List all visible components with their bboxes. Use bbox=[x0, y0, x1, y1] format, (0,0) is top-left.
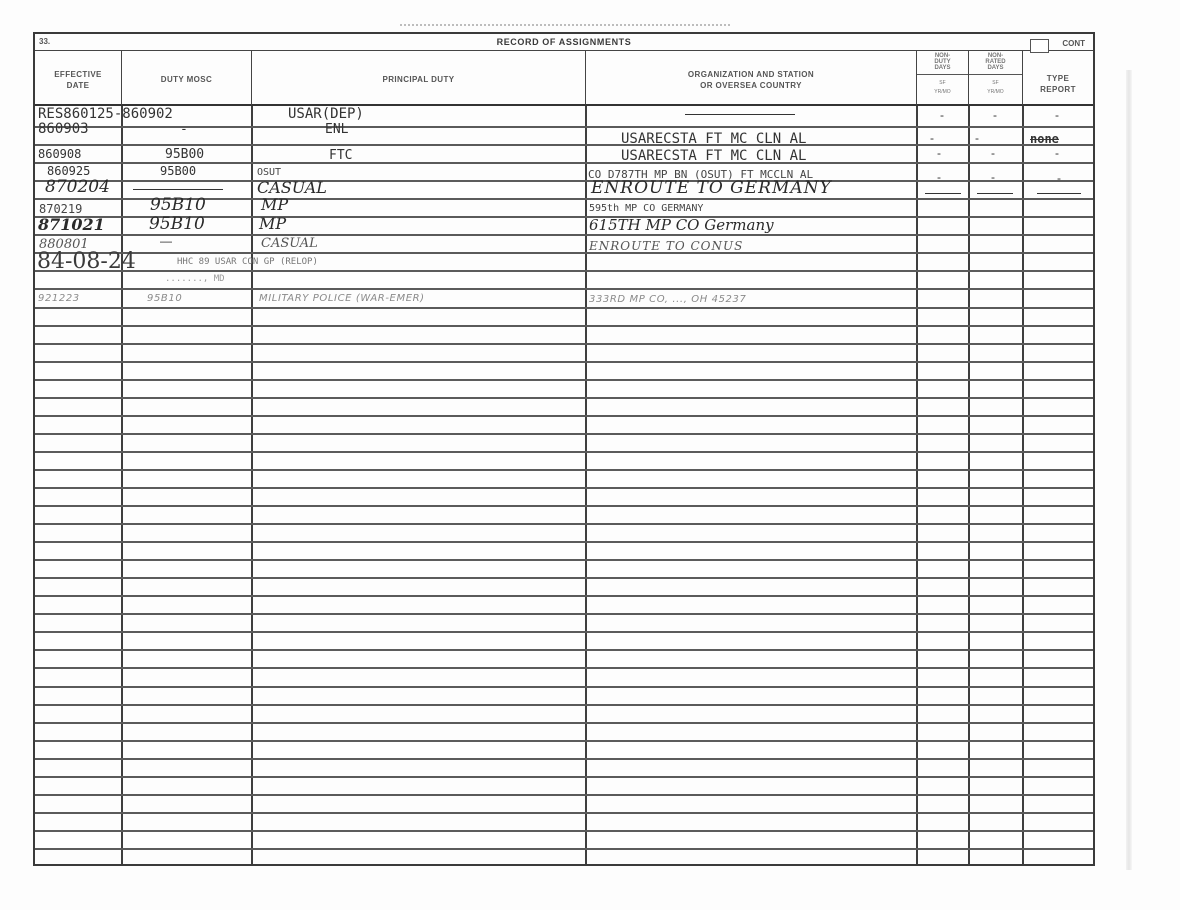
header-divider bbox=[917, 74, 968, 75]
row-line bbox=[35, 144, 1093, 146]
header-label: PRINCIPAL DUTY bbox=[252, 74, 585, 85]
entry-8-effective-date: 84-08-24 bbox=[37, 249, 136, 274]
row-line bbox=[35, 234, 1093, 236]
row-line bbox=[35, 830, 1093, 832]
entry-0-principal-duty: USAR(DEP) bbox=[288, 106, 364, 122]
header-non-rated-days: NON- RATED DAYS SF YR/MO bbox=[969, 50, 1023, 106]
row-line bbox=[35, 758, 1093, 760]
row-line bbox=[35, 325, 1093, 327]
entry-6-effective-date: 871021 bbox=[38, 215, 105, 234]
row-line bbox=[35, 541, 1093, 543]
entry-9-org-station: 333RD MP CO, ..., OH 45237 bbox=[589, 294, 746, 305]
column-divider bbox=[1022, 106, 1024, 864]
row-line bbox=[35, 361, 1093, 363]
entry-9-duty-mosc: 95B10 bbox=[147, 293, 182, 304]
column-divider bbox=[968, 106, 970, 864]
header-sub-label: SF bbox=[969, 80, 1022, 87]
entry-6-duty-mosc: 95B10 bbox=[149, 214, 205, 234]
entry-3-non-rated-days: - bbox=[991, 170, 995, 184]
column-divider bbox=[585, 106, 587, 864]
row-line bbox=[35, 649, 1093, 651]
entry-9-principal-duty: MILITARY POLICE (WAR-EMER) bbox=[259, 293, 425, 304]
entry-3-effective-date: 860925 bbox=[47, 164, 90, 178]
entry-2-duty-mosc: 95B00 bbox=[165, 147, 204, 162]
entry-2-type-report: - bbox=[1055, 146, 1059, 160]
cont-label: CONT bbox=[1062, 39, 1085, 48]
row-line bbox=[35, 812, 1093, 814]
entry-0-non-duty-days: - bbox=[940, 108, 944, 122]
row-line bbox=[35, 343, 1093, 345]
row-line bbox=[35, 667, 1093, 669]
row-line bbox=[35, 704, 1093, 706]
entry-7-org-station: ENROUTE TO CONUS bbox=[589, 239, 743, 253]
entry-4-duty-mosc-dash bbox=[133, 189, 223, 190]
page-edge-shadow bbox=[1126, 70, 1132, 870]
column-divider bbox=[121, 106, 123, 864]
entry-2-effective-date: 860908 bbox=[38, 147, 81, 161]
entry-3-duty-mosc: 95B00 bbox=[160, 164, 196, 178]
row-line bbox=[35, 523, 1093, 525]
header-label: EFFECTIVE bbox=[35, 69, 121, 80]
record-of-assignments-table: 33. RECORD OF ASSIGNMENTS CONT EFFECTIVE… bbox=[33, 32, 1095, 866]
row-line bbox=[35, 505, 1093, 507]
row-line bbox=[35, 415, 1093, 417]
row-line bbox=[35, 307, 1093, 309]
header-label: DAYS bbox=[917, 65, 968, 72]
header-label: ORGANIZATION AND STATION bbox=[586, 69, 916, 80]
entry-6-principal-duty: MP bbox=[259, 214, 286, 233]
row-line bbox=[35, 433, 1093, 435]
row-line bbox=[35, 686, 1093, 688]
header-effective-date: EFFECTIVE DATE bbox=[35, 50, 122, 106]
entry-8-principal-duty: HHC 89 USAR CON GP (RELOP) bbox=[177, 257, 318, 267]
header-label: TYPE bbox=[1023, 73, 1093, 84]
row-line bbox=[35, 776, 1093, 778]
entry-3-non-duty-days: - bbox=[937, 170, 941, 184]
header-type-report: TYPE REPORT bbox=[1023, 50, 1093, 106]
header-sub-label: YR/MO bbox=[969, 89, 1022, 96]
entry-6-org-station: 615TH MP CO Germany bbox=[589, 216, 774, 234]
header-non-duty-days: NON- DUTY DAYS SF YR/MO bbox=[917, 50, 969, 106]
row-line bbox=[35, 722, 1093, 724]
entry-2-principal-duty: FTC bbox=[329, 148, 352, 163]
row-line bbox=[35, 469, 1093, 471]
entry-7-principal-duty: CASUAL bbox=[261, 236, 318, 251]
column-divider bbox=[916, 106, 918, 864]
row-line bbox=[35, 631, 1093, 633]
row-line bbox=[35, 577, 1093, 579]
entry-1-type-report: none bbox=[1030, 132, 1059, 146]
header-sub-label: SF bbox=[917, 80, 968, 87]
entry-4-effective-date: 870204 bbox=[45, 177, 110, 197]
entry-0-type-report: - bbox=[1055, 108, 1059, 122]
header-principal-duty: PRINCIPAL DUTY bbox=[252, 50, 586, 106]
scanned-form-page: 33. RECORD OF ASSIGNMENTS CONT EFFECTIVE… bbox=[0, 0, 1180, 910]
header-label: REPORT bbox=[1023, 84, 1093, 95]
entry-0-org-station-dash bbox=[685, 114, 795, 115]
row-line bbox=[35, 559, 1093, 561]
header-label: OR OVERSEA COUNTRY bbox=[586, 80, 916, 91]
entry-4-type-report-dash bbox=[1037, 193, 1081, 194]
header-sub-label: YR/MO bbox=[917, 89, 968, 96]
row-line bbox=[35, 379, 1093, 381]
row-line bbox=[35, 397, 1093, 399]
form-title: RECORD OF ASSIGNMENTS bbox=[35, 37, 1093, 47]
entry-2-org-station: USARECSTA FT MC CLN AL bbox=[621, 148, 806, 164]
entry-4-non-rated-days-dash bbox=[977, 193, 1013, 194]
row-line bbox=[35, 487, 1093, 489]
header-organization-station: ORGANIZATION AND STATION OR OVERSEA COUN… bbox=[586, 50, 917, 106]
entry-1-org-station: USARECSTA FT MC CLN AL bbox=[621, 131, 806, 147]
entry-8-principal-duty-line2: ......., MD bbox=[165, 274, 225, 284]
entry-4-org-station: ENROUTE TO GERMANY bbox=[591, 178, 832, 198]
faint-header-line bbox=[400, 24, 730, 30]
entry-1-principal-duty: ENL bbox=[325, 122, 348, 137]
entry-3-type-report: - bbox=[1057, 171, 1061, 185]
row-line bbox=[35, 126, 1093, 128]
entry-5-org-station: 595th MP CO GERMANY bbox=[589, 203, 703, 214]
entry-0-non-rated-days: - bbox=[993, 108, 997, 122]
header-label: DATE bbox=[35, 80, 121, 91]
entry-1-non-duty-days: - bbox=[930, 131, 934, 145]
entry-5-duty-mosc: 95B10 bbox=[150, 195, 206, 215]
form-title-row: 33. RECORD OF ASSIGNMENTS CONT bbox=[35, 34, 1093, 51]
entry-1-duty-mosc: - bbox=[180, 122, 188, 137]
entry-0-effective-date: RES860125-860902 bbox=[38, 106, 173, 122]
row-line bbox=[35, 180, 1093, 182]
entry-2-non-rated-days: - bbox=[991, 146, 995, 160]
entry-5-principal-duty: MP bbox=[261, 195, 288, 214]
row-line bbox=[35, 252, 1093, 254]
column-divider bbox=[251, 106, 253, 864]
row-line bbox=[35, 595, 1093, 597]
row-line bbox=[35, 451, 1093, 453]
entry-4-non-duty-days-dash bbox=[925, 193, 961, 194]
row-line bbox=[35, 740, 1093, 742]
row-line bbox=[35, 794, 1093, 796]
entry-2-non-duty-days: - bbox=[937, 146, 941, 160]
entry-3-principal-duty: OSUT bbox=[257, 167, 281, 178]
row-line bbox=[35, 613, 1093, 615]
header-duty-mosc: DUTY MOSC bbox=[122, 50, 252, 106]
entry-9-effective-date: 921223 bbox=[38, 293, 80, 304]
entry-5-effective-date: 870219 bbox=[39, 202, 82, 216]
row-line bbox=[35, 270, 1093, 272]
row-line bbox=[35, 288, 1093, 290]
header-divider bbox=[969, 74, 1022, 75]
entry-7-duty-mosc: — bbox=[160, 234, 172, 248]
entry-1-effective-date: 860903 bbox=[38, 121, 89, 137]
header-label: DAYS bbox=[969, 65, 1022, 72]
row-line bbox=[35, 848, 1093, 850]
entry-1-non-rated-days: - bbox=[975, 131, 979, 145]
header-label: DUTY MOSC bbox=[122, 74, 251, 85]
